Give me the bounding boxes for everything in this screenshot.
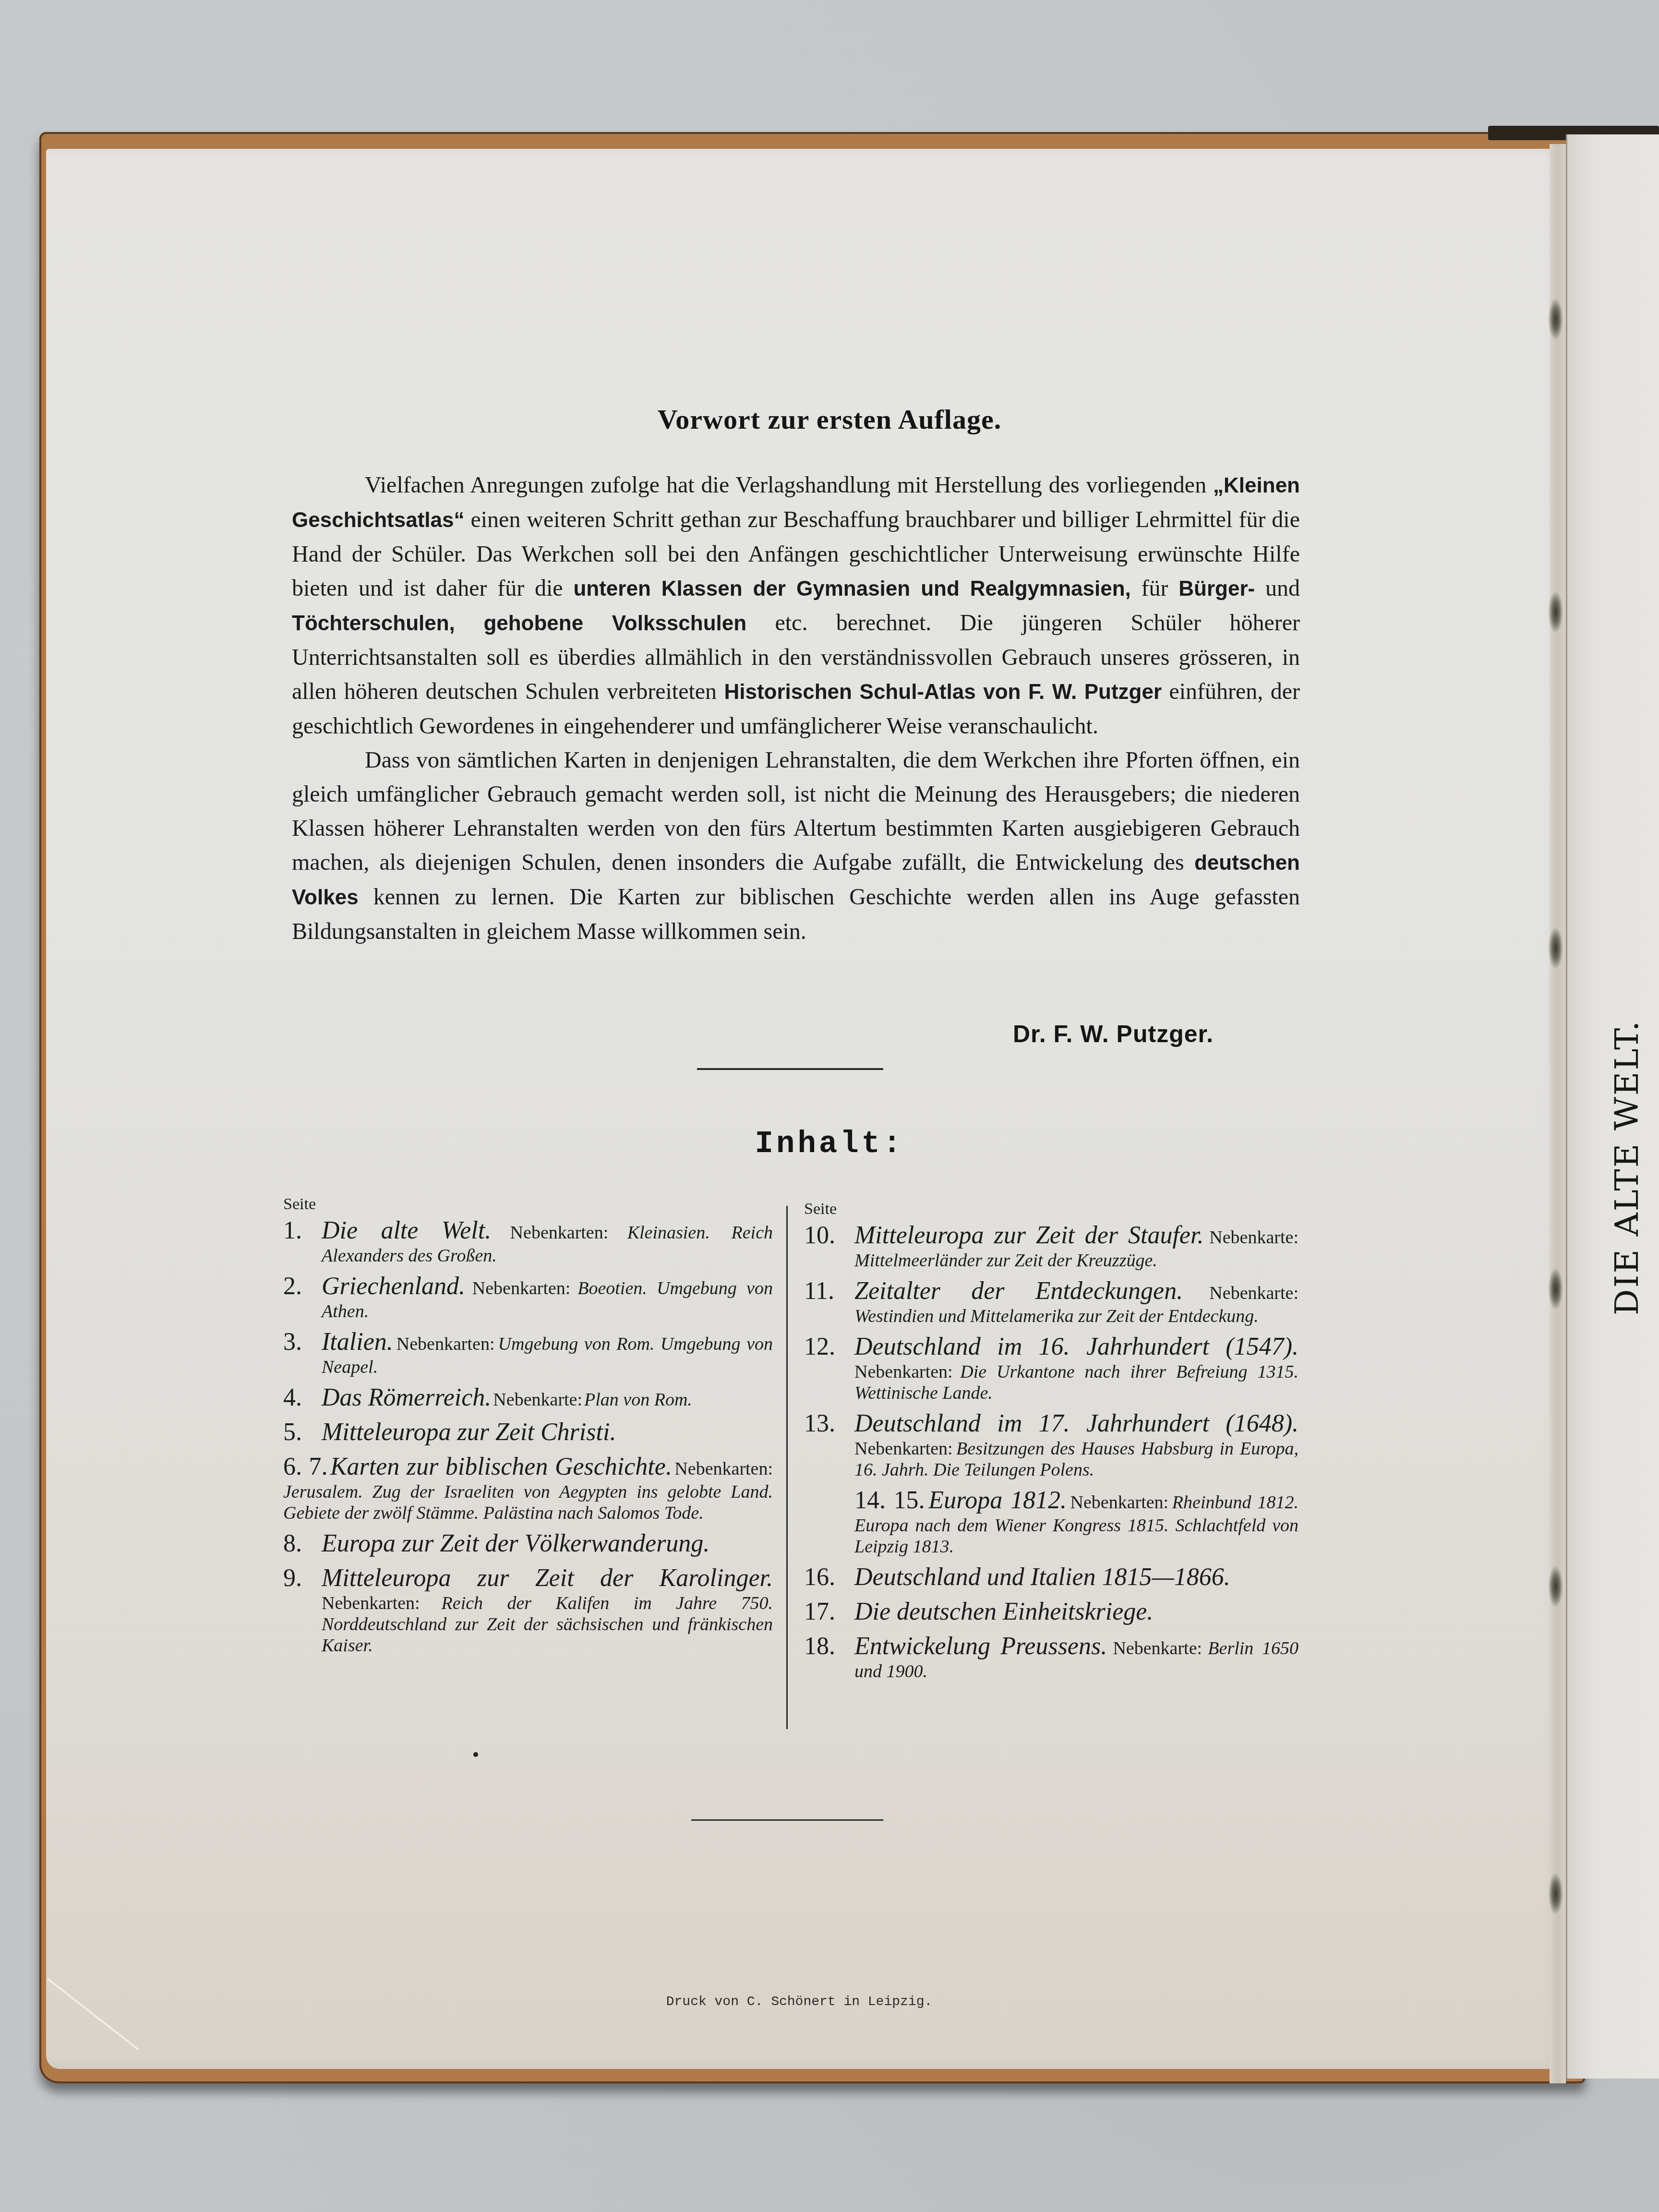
map-title: Die deutschen Einheitskriege.	[854, 1598, 1153, 1625]
inset-maps: Westindien und Mittelamerika zur Zeit de…	[854, 1306, 1259, 1326]
map-title: Griechenland.	[322, 1273, 465, 1300]
stitch-hole-icon	[1549, 1565, 1563, 1608]
page-number: 13.	[804, 1409, 835, 1438]
map-title: Mitteleuropa zur Zeit der Karolinger.	[322, 1564, 773, 1592]
page-number: 11.	[804, 1277, 834, 1306]
emphasis-text: Historischen Schul-Atlas von F. W. Putzg…	[724, 680, 1162, 704]
contents-entry: 3. Italien. Nebenkarten: Umgebung von Ro…	[283, 1328, 773, 1378]
contents-entry: 9. Mitteleuropa zur Zeit der Karolinger.…	[283, 1564, 773, 1656]
stitch-hole-icon	[1549, 1872, 1563, 1915]
body-text: Dass von sämtlichen Karten in denjenigen…	[292, 747, 1300, 875]
page-number: 18.	[804, 1632, 835, 1661]
page-number: 4.	[283, 1383, 302, 1412]
inset-maps-label: Nebenkarte:	[1209, 1227, 1298, 1248]
map-title: Europa zur Zeit der Völkerwanderung.	[322, 1530, 709, 1557]
contents-entry: 8. Europa zur Zeit der Völkerwanderung.	[283, 1529, 773, 1558]
contents-entry: 10. Mitteleuropa zur Zeit der Staufer. N…	[804, 1221, 1298, 1271]
page-number: 8.	[283, 1529, 302, 1558]
section-divider	[697, 1068, 883, 1070]
contents-entry: 12. Deutschland im 16. Jahrhundert (1547…	[804, 1333, 1298, 1404]
page-number: 10.	[804, 1221, 835, 1250]
inset-maps-label: Nebenkarte:	[1209, 1283, 1298, 1303]
column-divider	[786, 1206, 788, 1729]
inset-maps: Plan von Rom.	[584, 1390, 692, 1410]
inset-maps-label: Nebenkarten:	[854, 1439, 953, 1459]
page-number: 16.	[804, 1563, 835, 1592]
inset-maps: Mittelmeerländer zur Zeit der Kreuzzüge.	[854, 1250, 1157, 1271]
stitch-hole-icon	[1549, 298, 1563, 341]
map-title: Zeitalter der Entdeckungen.	[854, 1277, 1183, 1305]
left-page	[46, 149, 1563, 2069]
page-column-header: Seite	[283, 1195, 773, 1214]
page-number: 1.	[283, 1216, 302, 1245]
page-number: 12.	[804, 1333, 835, 1361]
body-text: kennen zu lernen. Die Karten zur biblisc…	[292, 884, 1300, 944]
map-title: Die alte Welt.	[322, 1217, 491, 1244]
contents-entry: 17. Die deutschen Einheitskriege.	[804, 1598, 1298, 1626]
page-number: 5.	[283, 1418, 302, 1447]
inset-maps-label: Nebenkarten:	[472, 1278, 571, 1298]
page-number: 14. 15.	[854, 1487, 925, 1514]
emphasis-text: Bürger-	[1178, 577, 1255, 601]
emphasis-text: Töchterschulen, gehobene Volksschulen	[292, 612, 746, 635]
contents-entry: 2. Griechenland. Nebenkarten: Boeotien. …	[283, 1272, 773, 1322]
map-title: Deutschland im 17. Jahrhundert (1648).	[854, 1410, 1298, 1437]
contents-entry: 5. Mitteleuropa zur Zeit Christi.	[283, 1418, 773, 1447]
map-title: Das Römerreich.	[322, 1384, 491, 1411]
stitch-hole-icon	[1549, 590, 1563, 634]
printer-dot	[473, 1752, 478, 1757]
inset-maps-label: Nebenkarte:	[493, 1390, 582, 1410]
contents-entry: 6. 7. Karten zur biblischen Geschichte. …	[283, 1453, 773, 1524]
page-number: 9.	[283, 1564, 302, 1593]
contents-entry: 18. Entwickelung Preussens. Nebenkarte: …	[804, 1632, 1298, 1682]
stitch-hole-icon	[1549, 1267, 1563, 1310]
map-title: Mitteleuropa zur Zeit Christi.	[322, 1419, 616, 1446]
inset-maps-label: Nebenkarten:	[397, 1334, 495, 1354]
footer-divider	[691, 1819, 883, 1821]
printer-imprint: Druck von C. Schönert in Leipzig.	[0, 1995, 1599, 2009]
contents-entry: 14. 15. Europa 1812. Nebenkarten: Rheinb…	[804, 1486, 1298, 1557]
contents-title: Inhalt:	[0, 1127, 1659, 1162]
map-title: Deutschland und Italien 1815—1866.	[854, 1563, 1230, 1591]
map-title: Karten zur biblischen Geschichte.	[330, 1453, 672, 1480]
preface-body: Vielfachen Anregungen zufolge hat die Ve…	[292, 468, 1300, 949]
page-number: 2.	[283, 1272, 302, 1301]
contents-entry: 13. Deutschland im 17. Jahrhundert (1648…	[804, 1409, 1298, 1480]
preface-paragraph: Vielfachen Anregungen zufolge hat die Ve…	[292, 468, 1300, 743]
contents-entry: 16. Deutschland und Italien 1815—1866.	[804, 1563, 1298, 1592]
inset-maps-label: Nebenkarten:	[1070, 1492, 1169, 1513]
page-number: 6. 7.	[283, 1453, 327, 1480]
preface-signature: Dr. F. W. Putzger.	[1013, 1020, 1214, 1048]
contents-entry: 1. Die alte Welt. Nebenkarten: Kleinasie…	[283, 1216, 773, 1266]
inset-maps-label: Nebenkarten:	[510, 1223, 609, 1243]
contents-entry: 11. Zeitalter der Entdeckungen. Nebenkar…	[804, 1277, 1298, 1327]
body-text: und	[1255, 576, 1300, 601]
map-title: Mitteleuropa zur Zeit der Staufer.	[854, 1222, 1203, 1249]
contents-column-left: Seite 1. Die alte Welt. Nebenkarten: Kle…	[283, 1195, 773, 1662]
stitch-hole-icon	[1549, 926, 1563, 970]
inset-maps-label: Nebenkarte:	[1113, 1638, 1202, 1659]
page-column-header: Seite	[804, 1200, 1298, 1218]
inset-maps: Jerusalem. Zug der Israeliten von Aegypt…	[283, 1482, 773, 1523]
map-title: Europa 1812.	[928, 1487, 1067, 1514]
preface-paragraph: Dass von sämtlichen Karten in denjenigen…	[292, 743, 1300, 949]
contents-column-right: Seite 10. Mitteleuropa zur Zeit der Stau…	[804, 1200, 1298, 1688]
map-title: Italien.	[322, 1328, 393, 1356]
inset-maps-label: Nebenkarten:	[854, 1362, 953, 1382]
map-title: Deutschland im 16. Jahrhundert (1547).	[854, 1333, 1298, 1360]
body-text: Vielfachen Anregungen zufolge hat die Ve…	[365, 472, 1213, 498]
emphasis-text: unteren Klassen der Gymnasien und Realgy…	[573, 577, 1130, 601]
inset-maps-label: Nebenkarten:	[322, 1593, 420, 1613]
body-text: für	[1131, 576, 1179, 601]
contents-entry: 4. Das Römerreich. Nebenkarte: Plan von …	[283, 1383, 773, 1412]
page-number: 17.	[804, 1598, 835, 1626]
map-title: Entwickelung Preussens.	[854, 1633, 1107, 1660]
page-number: 3.	[283, 1328, 302, 1357]
preface-title: Vorwort zur ersten Auflage.	[0, 403, 1659, 435]
inset-maps-label: Nebenkarten:	[674, 1459, 773, 1479]
